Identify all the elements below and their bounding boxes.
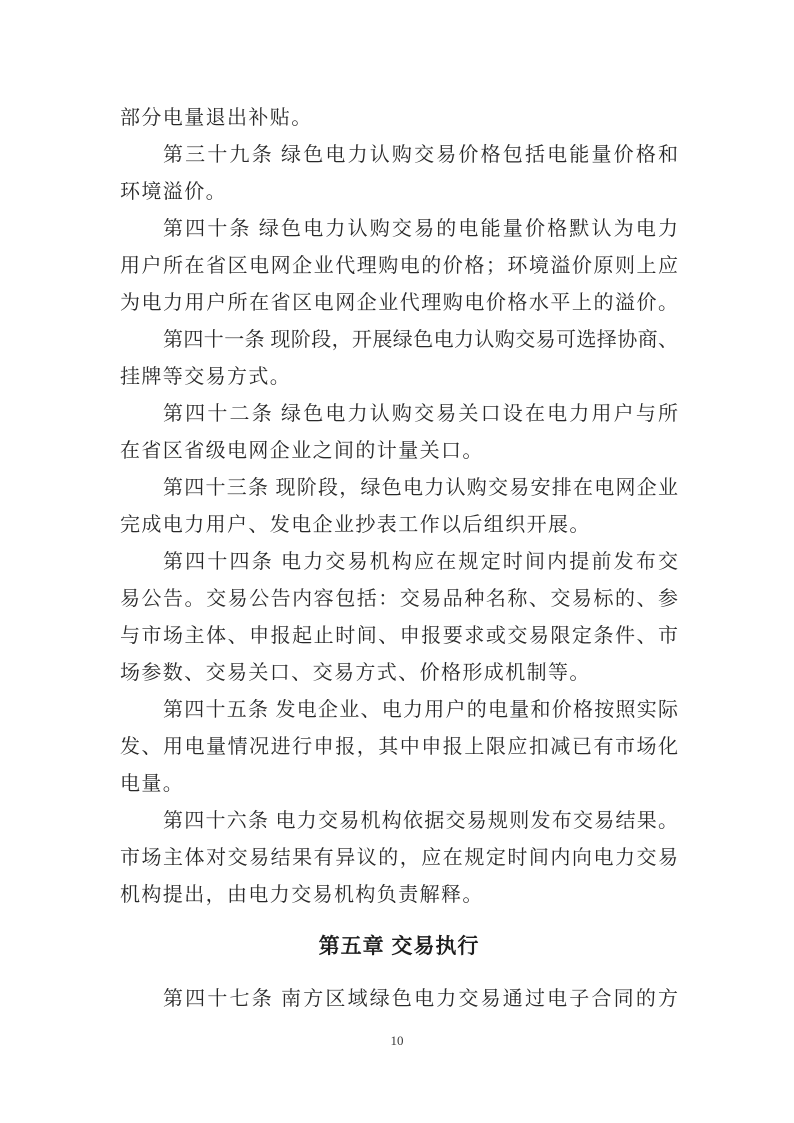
document-line: 第四十条 绿色电力认购交易的电能量价格默认为电力 <box>120 211 678 248</box>
document-line: 易公告。交易公告内容包括：交易品种名称、交易标的、参 <box>120 581 678 618</box>
document-line: 与市场主体、申报起止时间、申报要求或交易限定条件、市 <box>120 618 678 655</box>
document-line: 部分电量退出补贴。 <box>120 100 678 137</box>
document-line: 完成电力用户、发电企业抄表工作以后组织开展。 <box>120 507 678 544</box>
document-line: 第四十六条 电力交易机构依据交易规则发布交易结果。 <box>120 803 678 840</box>
document-line: 环境溢价。 <box>120 174 678 211</box>
document-line: 市场主体对交易结果有异议的，应在规定时间内向电力交易 <box>120 840 678 877</box>
document-line: 挂牌等交易方式。 <box>120 359 678 396</box>
document-page: 部分电量退出补贴。第三十九条 绿色电力认购交易价格包括电能量价格和环境溢价。第四… <box>0 0 794 1123</box>
document-line: 第四十一条 现阶段，开展绿色电力认购交易可选择协商、 <box>120 322 678 359</box>
document-line: 发、用电量情况进行申报，其中申报上限应扣减已有市场化 <box>120 729 678 766</box>
document-line: 电量。 <box>120 766 678 803</box>
document-line: 第三十九条 绿色电力认购交易价格包括电能量价格和 <box>120 137 678 174</box>
chapter-heading: 第五章 交易执行 <box>120 928 678 965</box>
document-line: 机构提出，由电力交易机构负责解释。 <box>120 877 678 914</box>
document-line: 第四十七条 南方区域绿色电力交易通过电子合同的方 <box>120 981 678 1018</box>
document-line: 场参数、交易关口、交易方式、价格形成机制等。 <box>120 655 678 692</box>
page-number: 10 <box>391 1033 404 1048</box>
document-line: 在省区省级电网企业之间的计量关口。 <box>120 433 678 470</box>
document-body: 部分电量退出补贴。第三十九条 绿色电力认购交易价格包括电能量价格和环境溢价。第四… <box>120 100 678 1018</box>
document-line: 第四十四条 电力交易机构应在规定时间内提前发布交 <box>120 544 678 581</box>
document-line: 第四十五条 发电企业、电力用户的电量和价格按照实际 <box>120 692 678 729</box>
document-line: 第四十二条 绿色电力认购交易关口设在电力用户与所 <box>120 396 678 433</box>
document-line: 为电力用户所在省区电网企业代理购电价格水平上的溢价。 <box>120 285 678 322</box>
document-line: 用户所在省区电网企业代理购电的价格；环境溢价原则上应 <box>120 248 678 285</box>
page-footer: 10 <box>0 1032 794 1050</box>
document-line: 第四十三条 现阶段，绿色电力认购交易安排在电网企业 <box>120 470 678 507</box>
